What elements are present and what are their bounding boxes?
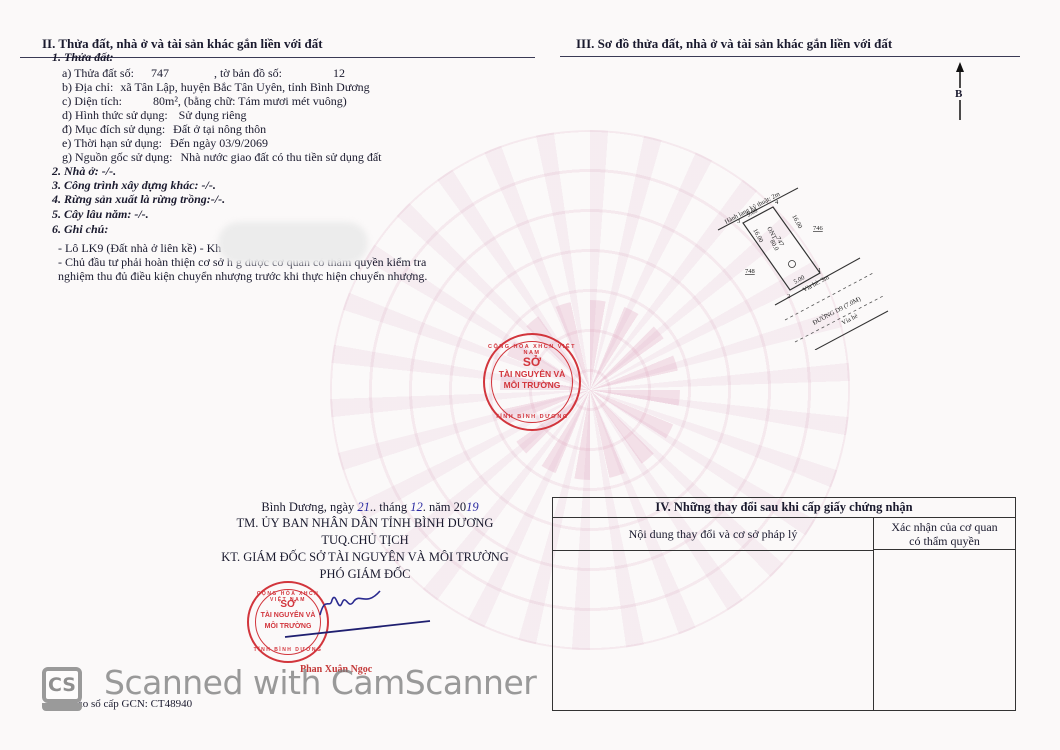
origin-label: g) Nguồn gốc sử dụng: — [62, 150, 173, 164]
year-suffix: 19 — [466, 500, 479, 514]
changes-col-divider — [873, 550, 874, 710]
stamp-line2: TÀI NGUYÊN VÀ — [485, 369, 579, 380]
month-label: tháng — [379, 500, 407, 514]
use-form-label: d) Hình thức sử dụng: — [62, 108, 168, 122]
term-value: Đến ngày 03/9/2069 — [165, 136, 268, 150]
perennial-item: 5. Cây lâu năm: -/-. — [52, 208, 149, 221]
address-row: b) Địa chỉ: xã Tân Lập, huyện Bắc Tân Uy… — [62, 81, 370, 94]
area-label: c) Diện tích: — [62, 94, 122, 108]
term-row: e) Thời hạn sử dụng: Đến ngày 03/9/2069 — [62, 137, 268, 150]
camscanner-watermark-text: Scanned with CamScanner — [104, 663, 536, 702]
svg-text:3: 3 — [737, 218, 740, 225]
use-form-value: Sử dụng riêng — [171, 108, 247, 122]
stamp-line1: SỞ — [485, 355, 579, 369]
org-line: TM. ỦY BAN NHÂN DÂN TỈNH BÌNH DƯƠNG — [180, 516, 550, 531]
other-works-item: 3. Công trình xây dựng khác: -/-. — [52, 179, 216, 192]
changes-col1-header: Nội dung thay đổi và cơ sở pháp lý — [553, 518, 873, 551]
term-label: e) Thời hạn sử dụng: — [62, 136, 162, 150]
svg-text:746: 746 — [813, 225, 824, 232]
camscanner-logo-icon: CS — [42, 667, 82, 703]
forest-item: 4. Rừng sản xuất là rừng trồng:-/-. — [52, 193, 225, 206]
section3-rule — [560, 56, 1020, 57]
origin-value: Nhà nước giao đất có thu tiền sử dụng đấ… — [176, 150, 382, 164]
handwritten-signature — [270, 585, 450, 645]
year-label: năm 20 — [429, 500, 466, 514]
sig-stamp-ring-bottom: TỈNH BÌNH DƯƠNG — [249, 647, 327, 653]
stamp-ring-bottom: TỈNH BÌNH DƯƠNG — [485, 414, 579, 420]
north-label: B — [955, 88, 962, 100]
official-stamp: CỘNG HÒA XHCN VIỆT NAM SỞ TÀI NGUYÊN VÀ … — [483, 333, 581, 431]
parcel-label: a) Thửa đất số: — [62, 66, 134, 80]
map-number: 12 — [285, 67, 345, 80]
area-value: 80m², (bằng chữ: Tám mươi mét vuông) — [125, 94, 347, 108]
stamp-ring-top: CỘNG HÒA XHCN VIỆT NAM — [485, 344, 579, 356]
col2-header-line2: có thẩm quyền — [874, 534, 1015, 548]
house-item: 2. Nhà ở: -/-. — [52, 165, 116, 178]
use-form-row: d) Hình thức sử dụng: Sử dụng riêng — [62, 109, 247, 122]
address-label: b) Địa chỉ: — [62, 80, 113, 94]
parcel-number: 747 — [137, 67, 211, 80]
svg-text:748: 748 — [745, 268, 755, 275]
section3-title: III. Sơ đồ thửa đất, nhà ở và tài sản kh… — [576, 36, 892, 52]
land-certificate-page: II. Thửa đất, nhà ở và tài sản khác gắn … — [0, 0, 1060, 750]
place-date: Bình Dương, ngày 21.. tháng 12. năm 2019 — [200, 500, 540, 515]
origin-row: g) Nguồn gốc sử dụng: Nhà nước giao đất … — [62, 151, 381, 164]
svg-text:2: 2 — [787, 293, 790, 300]
note-line-1: - Lô LK9 (Đất nhà ở liên kề) - Kh — [58, 242, 221, 255]
day-value: 21 — [357, 500, 370, 514]
svg-text:Vỉa hè: Vỉa hè — [841, 312, 860, 326]
camscanner-logo-bar — [42, 703, 82, 711]
changes-col2-header: Xác nhận của cơ quan có thẩm quyền — [873, 518, 1015, 550]
area-row: c) Diện tích: 80m², (bằng chữ: Tám mươi … — [62, 95, 347, 108]
address-value: xã Tân Lập, huyện Bắc Tân Uyên, tỉnh Bìn… — [116, 80, 369, 94]
svg-text:Vỉa hè: 3m: Vỉa hè: 3m — [802, 274, 831, 294]
svg-text:16.00: 16.00 — [790, 214, 803, 230]
month-value: 12 — [410, 500, 423, 514]
purpose-row: đ) Mục đích sử dụng: Đất ở tại nông thôn — [62, 123, 266, 136]
role-line3: PHÓ GIÁM ĐỐC — [180, 567, 550, 582]
redaction-blur — [218, 222, 368, 264]
role-line2: KT. GIÁM ĐỐC SỞ TÀI NGUYÊN VÀ MÔI TRƯỜNG — [180, 550, 550, 565]
parcel-diagram: Hành lang kỹ thuật: 2m 3 4 1 2 5.00 5.00… — [710, 180, 890, 350]
note-line-3: nghiệm thu đủ điều kiện chuyển nhượng tr… — [58, 270, 427, 283]
place-date-prefix: Bình Dương, ngày — [261, 500, 354, 514]
parcel-row: a) Thửa đất số: 747 , tờ bản đồ số: 12 — [62, 67, 345, 80]
notes-heading: 6. Ghi chú: — [52, 223, 108, 236]
svg-text:16.00: 16.00 — [751, 228, 764, 244]
land-heading: 1. Thửa đất: — [52, 51, 114, 64]
changes-table: IV. Những thay đổi sau khi cấp giấy chứn… — [552, 497, 1016, 711]
map-label: , tờ bản đồ số: — [214, 66, 282, 80]
changes-table-title: IV. Những thay đổi sau khi cấp giấy chứn… — [553, 498, 1015, 518]
svg-text:1: 1 — [818, 267, 821, 274]
role-line1: TUQ.CHỦ TỊCH — [180, 533, 550, 548]
purpose-value: Đất ở tại nông thôn — [168, 122, 266, 136]
purpose-label: đ) Mục đích sử dụng: — [62, 122, 165, 136]
stamp-line3: MÔI TRƯỜNG — [485, 380, 579, 391]
svg-text:4: 4 — [775, 199, 779, 206]
col2-header-line1: Xác nhận của cơ quan — [874, 520, 1015, 534]
